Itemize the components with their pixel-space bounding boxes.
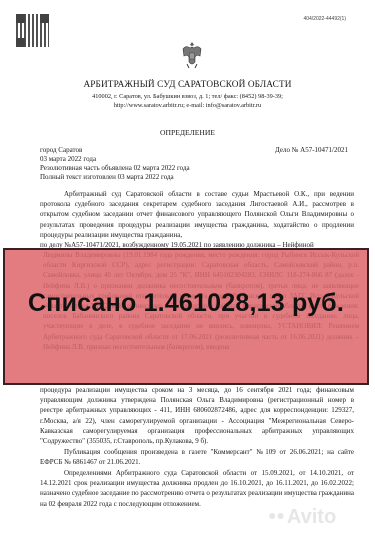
document-id: 404/2022-44492(1) [303, 16, 346, 22]
city: город Саратов [40, 146, 82, 154]
avito-watermark: ●●Avito [268, 506, 336, 529]
qr-code [16, 14, 49, 47]
court-address: 410002, г. Саратов, ул. Бабушкин взвоз, … [0, 93, 375, 100]
resolution-date: Резолютивная часть объявлена 02 марта 20… [40, 164, 190, 172]
written-off-amount: Списано 1.461028,13 руб. [5, 289, 367, 318]
body-paragraph-2: Публикация сообщения произведена в газет… [40, 447, 354, 467]
document-title: ОПРЕДЕЛЕНИЕ [0, 128, 375, 137]
full-text-date: Полный текст изготовлен 03 марта 2022 го… [40, 173, 174, 181]
court-website: http://www.saratov.arbitr.ru; e-mail: in… [0, 102, 375, 109]
coat-of-arms-icon [181, 40, 203, 70]
avito-logo-icon: ●● [268, 507, 285, 523]
intro-paragraph: Арбитражный суд Саратовской области в со… [40, 189, 354, 240]
written-off-banner: Людмилы Владимировны (19.01.1984 года ро… [3, 248, 369, 385]
body-paragraph-1: процедура реализации имущества сроком на… [40, 385, 354, 446]
decision-date: 03 марта 2022 года [40, 155, 96, 163]
body-paragraph-3: Определениями Арбитражного суда Саратовс… [40, 468, 354, 509]
case-number: Дело № А57-10471/2021 [275, 146, 348, 154]
court-name: АРБИТРАЖНЫЙ СУД САРАТОВСКОЙ ОБЛАСТИ [0, 80, 375, 90]
